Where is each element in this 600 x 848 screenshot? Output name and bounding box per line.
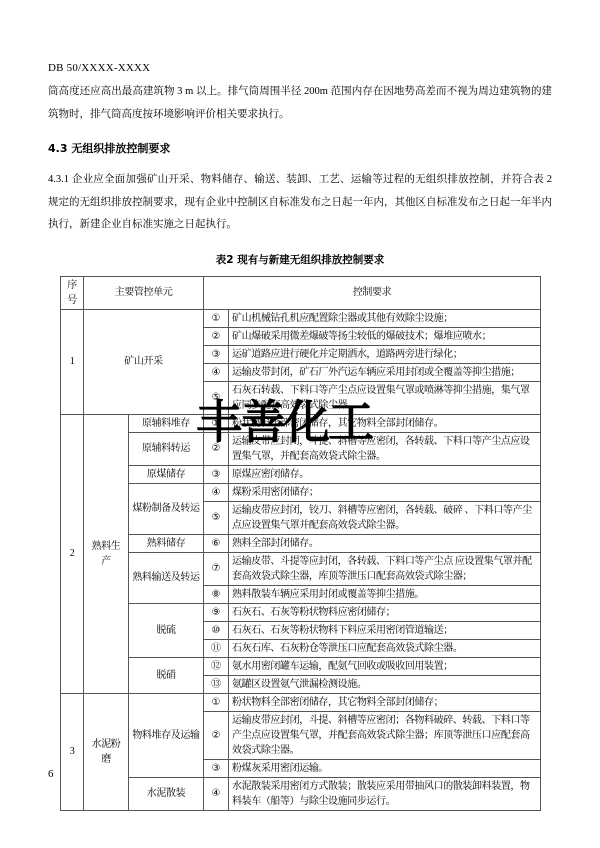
unit-cell: 矿山开采	[84, 309, 204, 414]
table-header-row: 序号 主要管控单元 控制要求	[61, 276, 541, 309]
req-text-cell: 运输皮带封闭，矿石厂外汽运车辆应采用封闭或全覆盖等抑尘措施；	[229, 363, 541, 381]
req-text-cell: 熟料散装车辆应采用封闭或覆盖等抑尘措施。	[229, 585, 541, 603]
req-text-cell: 石灰石、石灰等粉状物料下料应采用密闭管道输送；	[229, 621, 541, 639]
subunit-cell: 水泥散装	[129, 777, 204, 810]
subunit-cell: 熟料输送及转运	[129, 552, 204, 603]
req-text-cell: 矿山机械钻孔机应配置除尘器或其他有效除尘设施；	[229, 309, 541, 327]
subunit-cell: 熟料储存	[129, 534, 204, 552]
section-heading-4-3: 4.3 无组织排放控制要求	[48, 140, 552, 156]
intro-paragraph: 筒高度还应高出最高建筑物 3 m 以上。排气筒周围半径 200m 范围内存在因地…	[48, 81, 552, 126]
table-row: 熟料储存 ⑥ 熟料全部封闭储存。	[61, 534, 541, 552]
document-code: DB 50/XXXX-XXXX	[48, 62, 552, 74]
subunit-cell: 原煤储存	[129, 465, 204, 483]
req-num-cell: ⑬	[204, 675, 229, 693]
req-text-cell: 运矿道路应进行硬化并定期洒水，道路两旁进行绿化；	[229, 345, 541, 363]
seq-cell: 3	[61, 693, 84, 810]
req-text-cell: 石灰石库、石灰粉仓等泄压口应配套高效袋式除尘器。	[229, 639, 541, 657]
req-num-cell: ⑦	[204, 552, 229, 585]
table-row: 3 水泥粉磨 物料堆存及运输 ① 粉状物料全部密闭储存，其它物料全部封闭储存；	[61, 693, 541, 711]
req-num-cell: ⑤	[204, 501, 229, 534]
table-title: 表2 现有与新建无组织排放控制要求	[48, 252, 552, 267]
table-row: 原煤储存 ③ 原煤应密闭储存。	[61, 465, 541, 483]
req-num-cell: ⑩	[204, 621, 229, 639]
req-text-cell: 水泥散装采用密闭方式散装；散装应采用带抽风口的散装卸料装置，物料装车（船等）与除…	[229, 777, 541, 810]
req-num-cell: ②	[204, 711, 229, 759]
req-num-cell: ④	[204, 483, 229, 501]
req-num-cell: ①	[204, 693, 229, 711]
req-text-cell: 矿山爆破采用微差爆破等扬尘较低的爆破技术；爆堆应喷水；	[229, 327, 541, 345]
req-text-cell: 粉煤灰采用密闭运输。	[229, 759, 541, 777]
col-header-seq: 序号	[61, 276, 84, 309]
subunit-cell: 原辅料转运	[129, 432, 204, 465]
table-row: 脱硝 ⑫ 氨水用密闭罐车运输，配氨气回收或吸收回用装置；	[61, 657, 541, 675]
table-row: 水泥散装 ④ 水泥散装采用密闭方式散装；散装应采用带抽风口的散装卸料装置，物料装…	[61, 777, 541, 810]
unit-cell: 水泥粉磨	[84, 693, 129, 810]
req-num-cell: ⑫	[204, 657, 229, 675]
req-num-cell: ⑪	[204, 639, 229, 657]
req-text-cell: 煤粉采用密闭储存；	[229, 483, 541, 501]
col-header-unit: 主要管控单元	[84, 276, 204, 309]
req-text-cell: 运输皮带应封闭，斗提、斜槽等应密闭；各物料破碎、转载、下料口等产尘点应设置集气罩…	[229, 711, 541, 759]
req-num-cell: ①	[204, 309, 229, 327]
req-text-cell: 原煤应密闭储存。	[229, 465, 541, 483]
table-row: 1 矿山开采 ① 矿山机械钻孔机应配置除尘器或其他有效除尘设施；	[61, 309, 541, 327]
document-page: DB 50/XXXX-XXXX 筒高度还应高出最高建筑物 3 m 以上。排气筒周…	[0, 0, 600, 848]
req-num-cell: ④	[204, 363, 229, 381]
req-num-cell: ⑧	[204, 585, 229, 603]
req-text-cell: 石灰石、石灰等粉状物料应密闭储存；	[229, 603, 541, 621]
subunit-cell: 原辅料堆存	[129, 414, 204, 432]
clause-4-3-1: 4.3.1 企业应全面加强矿山开采、物料储存、输送、装卸、工艺、运输等过程的无组…	[48, 169, 552, 237]
req-num-cell: ⑨	[204, 603, 229, 621]
req-text-cell: 粉状物料全部密闭储存，其它物料全部封闭储存；	[229, 693, 541, 711]
seq-cell: 1	[61, 309, 84, 414]
subunit-cell: 脱硫	[129, 603, 204, 657]
req-num-cell: ③	[204, 465, 229, 483]
unit-cell: 熟料生产	[84, 414, 129, 693]
req-num-cell: ④	[204, 777, 229, 810]
subunit-cell: 脱硝	[129, 657, 204, 693]
page-number: 6	[48, 768, 54, 780]
req-num-cell: ③	[204, 345, 229, 363]
req-num-cell: ②	[204, 327, 229, 345]
req-text-cell: 氨罐区设置氨气泄漏检测设施。	[229, 675, 541, 693]
subunit-cell: 煤粉制备及转运	[129, 483, 204, 534]
watermark-stamp: 丰善化工	[196, 399, 372, 445]
subunit-cell: 物料堆存及运输	[129, 693, 204, 777]
req-text-cell: 运输皮带应封闭，铰刀、斜槽等应密闭，各转载、破碎 、下料口等产尘点应设置集气罩并…	[229, 501, 541, 534]
seq-cell: 2	[61, 414, 84, 693]
req-text-cell: 运输皮带、斗提等应封闭，各转载、下料口等产尘点 应设置集气罩并配套高效袋式除尘器…	[229, 552, 541, 585]
control-requirements-table: 序号 主要管控单元 控制要求 1 矿山开采 ① 矿山机械钻孔机应配置除尘器或其他…	[60, 276, 541, 811]
table-row: 熟料输送及转运 ⑦ 运输皮带、斗提等应封闭，各转载、下料口等产尘点 应设置集气罩…	[61, 552, 541, 585]
req-num-cell: ③	[204, 759, 229, 777]
table-row: 脱硫 ⑨ 石灰石、石灰等粉状物料应密闭储存；	[61, 603, 541, 621]
table-row: 煤粉制备及转运 ④ 煤粉采用密闭储存；	[61, 483, 541, 501]
req-text-cell: 熟料全部封闭储存。	[229, 534, 541, 552]
req-num-cell: ⑥	[204, 534, 229, 552]
req-text-cell: 氨水用密闭罐车运输，配氨气回收或吸收回用装置；	[229, 657, 541, 675]
col-header-req: 控制要求	[204, 276, 541, 309]
